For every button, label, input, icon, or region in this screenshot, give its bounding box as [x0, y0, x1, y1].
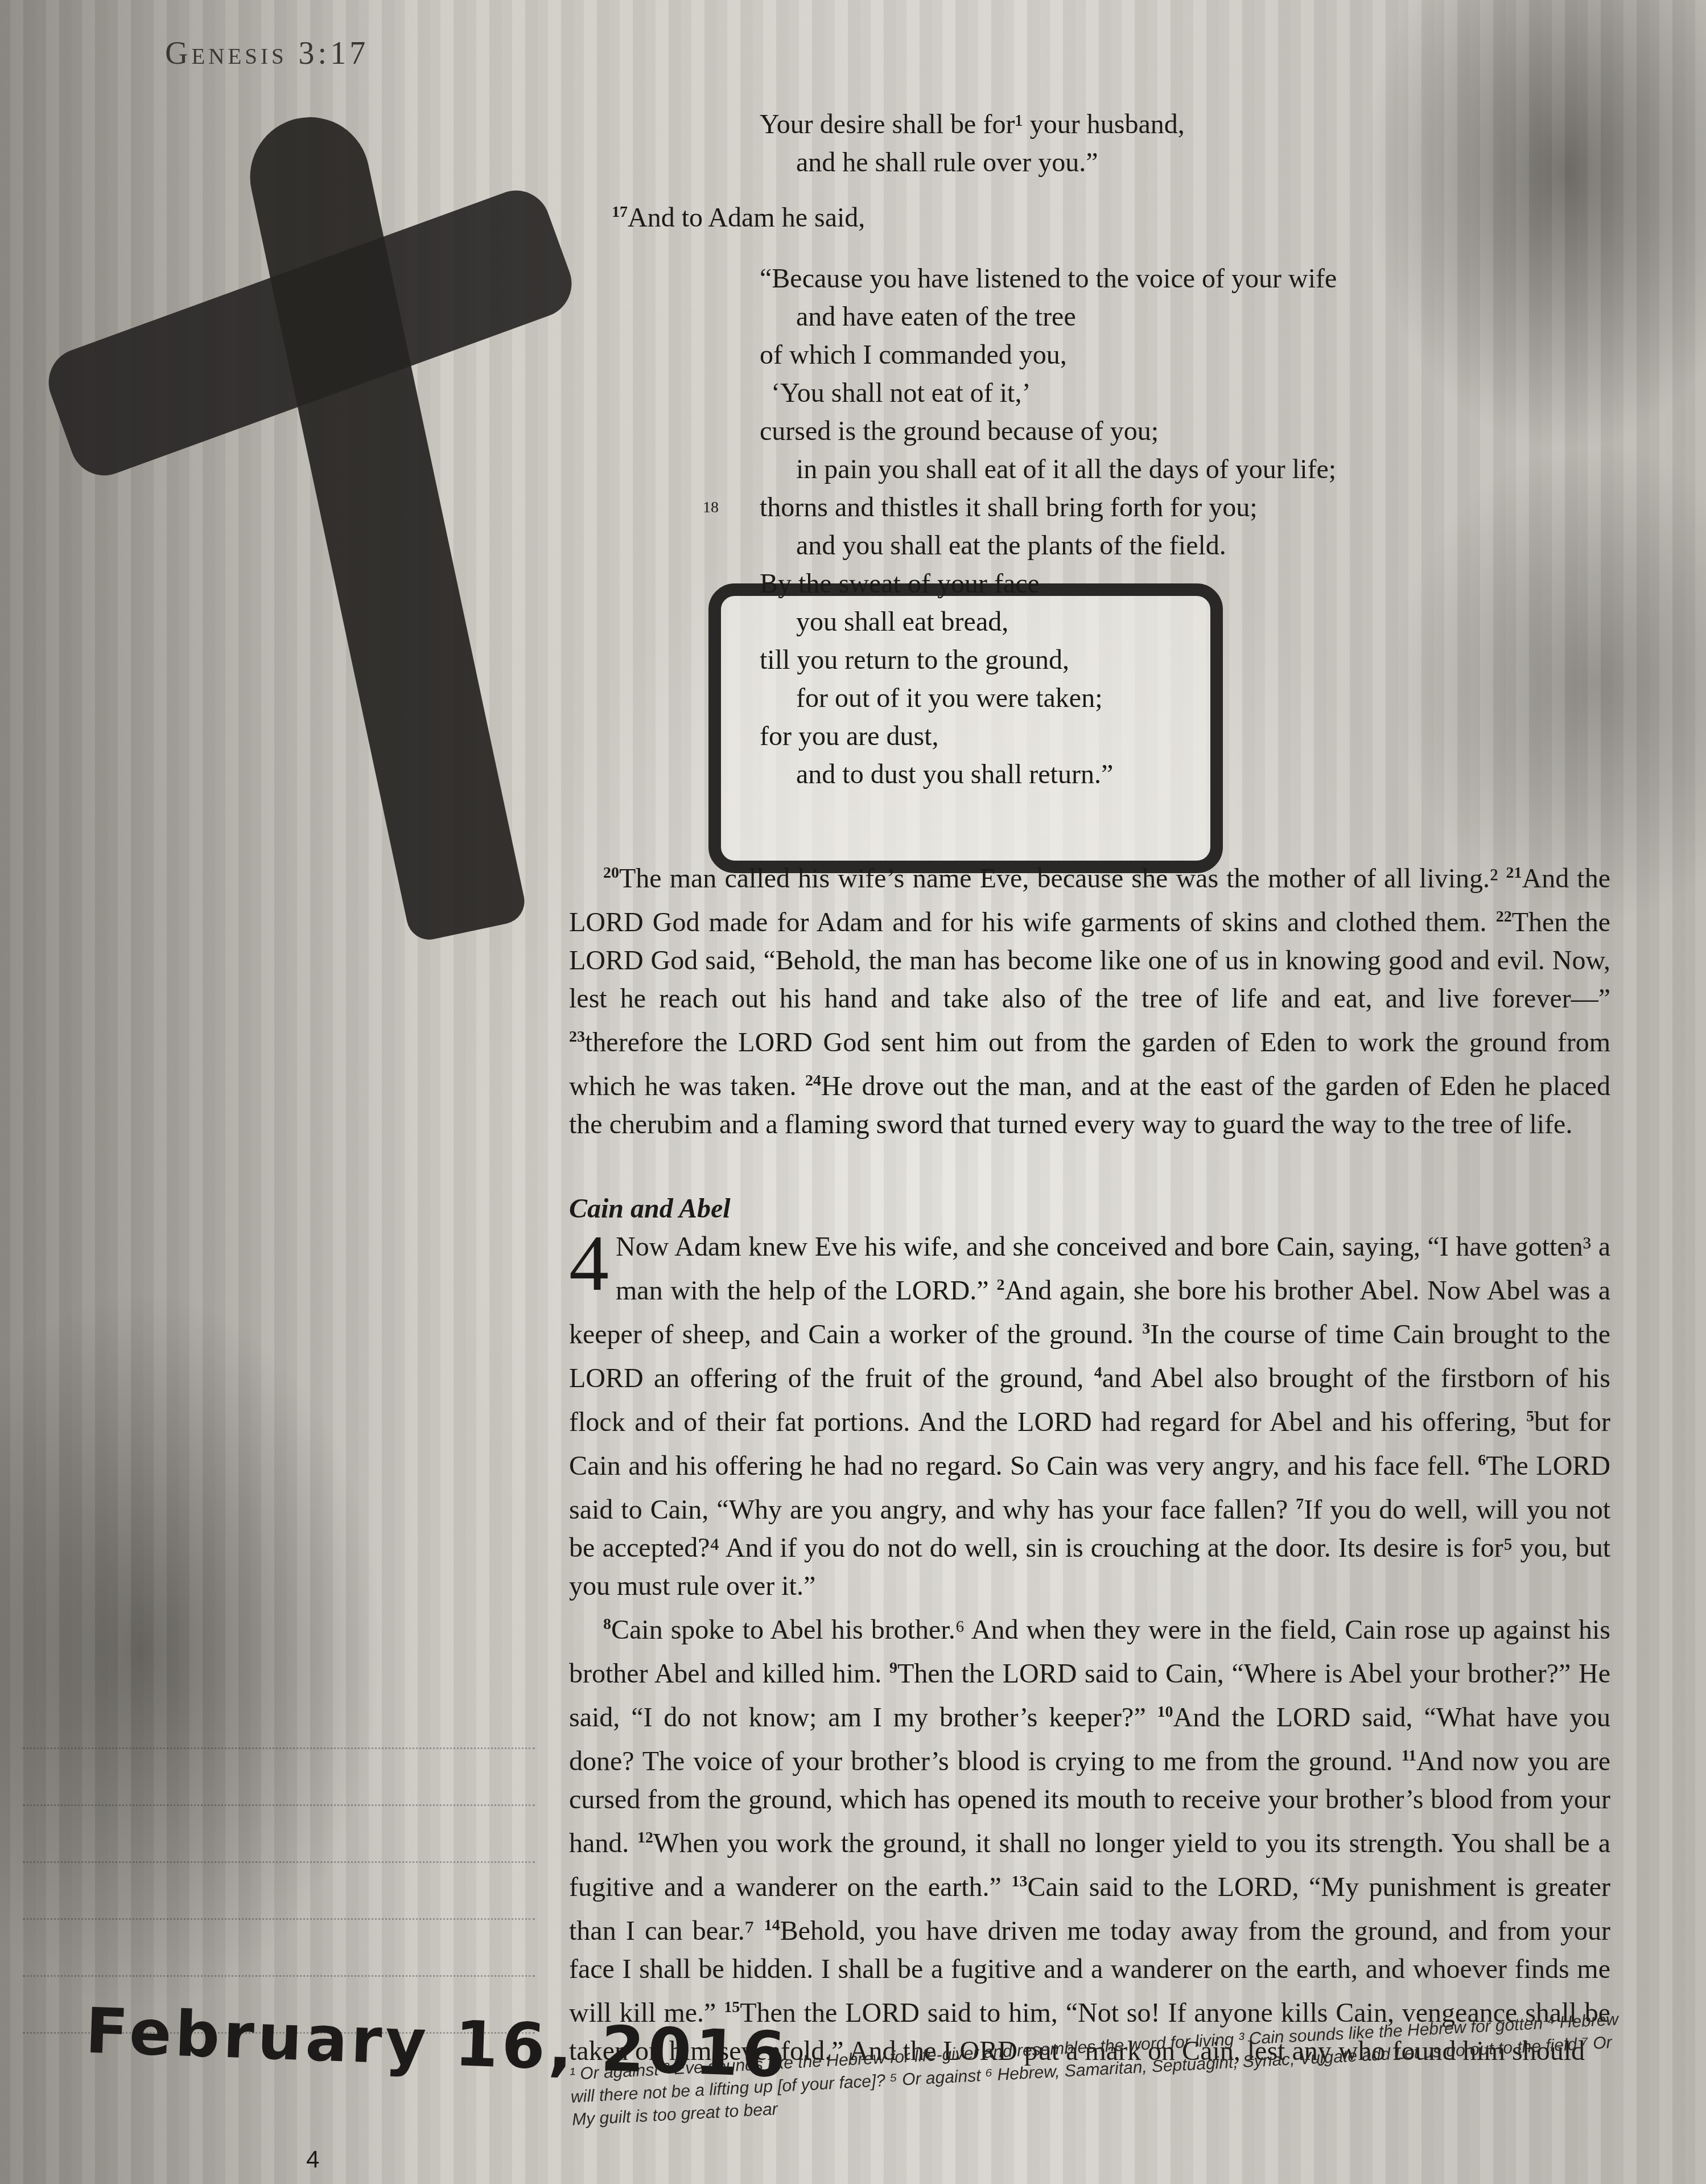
poetry-line: and have eaten of the tree	[760, 298, 1337, 336]
page-header: Genesis 3:17	[165, 35, 369, 72]
boxed-poetry-line: for out of it you were taken;	[760, 679, 1337, 717]
boxed-poetry-line: By the sweat of your face	[760, 565, 1337, 603]
verse-number: 17	[612, 203, 628, 221]
poetry-line: ‘You shall not eat of it,’	[760, 374, 1337, 412]
prose-chapter-3: 20The man called his wife’s name Eve, be…	[569, 854, 1610, 1144]
poetry-line: and he shall rule over you.”	[760, 143, 1337, 182]
chapter-number: 4	[569, 1230, 609, 1297]
boxed-poetry-line: till you return to the ground,	[760, 641, 1337, 679]
poetry-line: in pain you shall eat of it all the days…	[760, 450, 1337, 488]
page-number: 4	[306, 2146, 319, 2173]
verse-number: 18	[703, 488, 719, 527]
section-heading: Cain and Abel	[569, 1190, 1610, 1228]
poetry-line: of which I commanded you,	[760, 336, 1337, 374]
verse-17-intro: 17And to Adam he said,	[612, 193, 1337, 237]
poetry-line: Your desire shall be for¹ your husband,	[760, 105, 1337, 143]
poetry-line: and you shall eat the plants of the fiel…	[760, 527, 1337, 565]
poetry-line: cursed is the ground because of you;	[760, 412, 1337, 450]
poetry-line: “Because you have listened to the voice …	[760, 260, 1337, 298]
poetry-block: Your desire shall be for¹ your husband, …	[760, 105, 1337, 793]
boxed-poetry-line: for you are dust,	[760, 717, 1337, 755]
journal-line	[23, 1747, 535, 1749]
boxed-poetry-line: you shall eat bread,	[760, 603, 1337, 641]
journal-line	[23, 1804, 535, 1806]
prose-chapter-4: Cain and Abel 4 Now Adam knew Eve his wi…	[569, 1190, 1610, 2070]
journal-line	[23, 1975, 535, 1977]
journal-line	[23, 1918, 535, 1920]
boxed-poetry-line: and to dust you shall return.”	[760, 755, 1337, 793]
poetry-line: 18 thorns and thistles it shall bring fo…	[760, 488, 1337, 527]
journal-line	[23, 1861, 535, 1863]
